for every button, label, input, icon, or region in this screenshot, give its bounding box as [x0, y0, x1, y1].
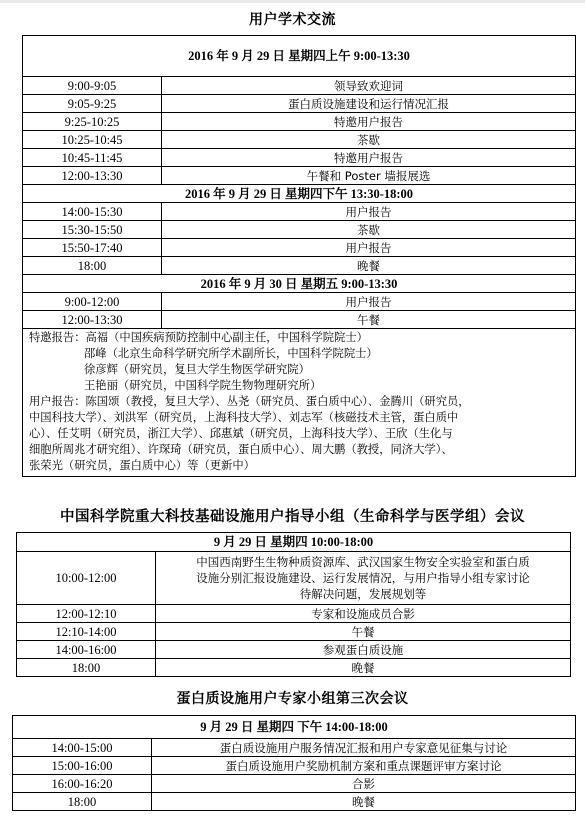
table-row: 9:25-10:25特邀用户报告 — [23, 113, 576, 131]
activity-cell: 午餐 — [156, 623, 571, 641]
user-speakers-text: 心）、任艾明（研究员，浙江大学）、邱惠斌（研究员，上海科技大学）、王欣（生化与 — [29, 426, 569, 442]
user-speakers-text: 中国科技大学）、刘洪军（研究员，上海科技大学）、刘志军（核磁技术主管，蛋白质中 — [29, 410, 569, 426]
user-speakers-text: 陈国颂（教授，复旦大学）、丛尧（研究员、蛋白质中心）、金腾川（研究员， — [86, 395, 470, 408]
activity-cell: 用户报告 — [162, 203, 576, 221]
activity-cell: 茶歇 — [162, 221, 576, 239]
time-cell: 16:00-16:20 — [13, 775, 152, 793]
schedule-table-guidance-meeting: 9 月 29 日 星期四 10:00-18:00 10:00-12:00 中国西… — [16, 532, 571, 677]
section-title-user-academic-exchange: 用户学术交流 — [0, 9, 585, 29]
activity-cell: 用户报告 — [162, 293, 576, 311]
section-title-cas-user-guidance-meeting: 中国科学院重大科技基础设施用户指导小组（生命科学与医学组）会议 — [0, 505, 585, 526]
time-cell: 10:00-12:00 — [17, 552, 156, 605]
time-cell: 12:10-14:00 — [17, 623, 156, 641]
day-header: 2016 年 9 月 29 日 星期四上午 9:00-13:30 — [23, 36, 576, 77]
invited-speaker: 高福（中国疾病预防控制中心副主任，中国科学院院士） — [86, 331, 368, 344]
user-report-label: 用户报告： — [29, 395, 86, 408]
speakers-notes: 特邀报告：高福（中国疾病预防控制中心副主任，中国科学院院士） 邵峰（北京生命科学… — [23, 329, 576, 477]
top-edge-bar — [0, 0, 585, 3]
day-header: 9 月 29 日 星期四 下午 14:00-18:00 — [13, 716, 576, 739]
day-header-row: 2016 年 9 月 30 日 星期五 9:00-13:30 — [23, 275, 576, 293]
invited-speaker-line: 特邀报告：高福（中国疾病预防控制中心副主任，中国科学院院士） — [29, 330, 569, 346]
time-cell: 18:00 — [17, 659, 156, 677]
time-cell: 9:05-9:25 — [23, 95, 162, 113]
day-header-row: 9 月 29 日 星期四 10:00-18:00 — [17, 533, 571, 552]
invited-speaker: 王艳丽（研究员，中国科学院生物物理研究所） — [29, 378, 569, 394]
time-cell: 9:00-12:00 — [23, 293, 162, 311]
table-row: 10:45-11:45特邀用户报告 — [23, 149, 576, 167]
activity-cell: 用户报告 — [162, 239, 576, 257]
table-row: 14:00-15:00蛋白质设施用户服务情况汇报和用户专家意见征集与讨论 — [13, 739, 576, 757]
activity-cell: 午餐和 Poster 墙报展选 — [162, 167, 576, 185]
activity-cell: 合影 — [152, 775, 576, 793]
time-cell: 12:00-13:30 — [23, 167, 162, 185]
table-row: 14:00-16:00参观蛋白质设施 — [17, 641, 571, 659]
table-row: 12:10-14:00午餐 — [17, 623, 571, 641]
activity-cell: 晚餐 — [156, 659, 571, 677]
activity-cell: 茶歇 — [162, 131, 576, 149]
activity-line: 中国西南野生生物种质资源库、武汉国家生物安全实验室和蛋白质 — [162, 554, 564, 570]
table-row: 16:00-16:20合影 — [13, 775, 576, 793]
time-cell: 15:00-16:00 — [13, 757, 152, 775]
activity-cell: 中国西南野生生物种质资源库、武汉国家生物安全实验室和蛋白质 设施分别汇报设施建设… — [156, 552, 571, 605]
day-header-row: 2016 年 9 月 29 日 星期四下午 13:30-18:00 — [23, 185, 576, 203]
day-header-row: 2016 年 9 月 29 日 星期四上午 9:00-13:30 — [23, 36, 576, 77]
table-row: 12:00-13:30午餐和 Poster 墙报展选 — [23, 167, 576, 185]
invited-label: 特邀报告： — [29, 331, 86, 344]
table-row: 9:00-9:05领导致欢迎词 — [23, 77, 576, 95]
time-cell: 9:00-9:05 — [23, 77, 162, 95]
activity-cell: 蛋白质设施用户奖励机制方案和重点课题评审方案讨论 — [152, 757, 576, 775]
activity-cell: 领导致欢迎词 — [162, 77, 576, 95]
user-speakers-text: 张荣光（研究员，蛋白质中心）等（更新中） — [29, 458, 569, 474]
activity-cell: 晚餐 — [152, 793, 576, 811]
day-header: 2016 年 9 月 29 日 星期四下午 13:30-18:00 — [23, 185, 576, 203]
table-row: 12:00-12:10专家和设施成员合影 — [17, 605, 571, 623]
time-cell: 14:00-15:30 — [23, 203, 162, 221]
section-title-expert-group-third-meeting: 蛋白质设施用户专家小组第三次会议 — [0, 688, 585, 708]
time-cell: 9:25-10:25 — [23, 113, 162, 131]
activity-cell: 参观蛋白质设施 — [156, 641, 571, 659]
table-row: 9:05-9:25蛋白质设施建设和运行情况汇报 — [23, 95, 576, 113]
time-cell: 10:25-10:45 — [23, 131, 162, 149]
table-row: 15:00-16:00蛋白质设施用户奖励机制方案和重点课题评审方案讨论 — [13, 757, 576, 775]
table-row: 10:25-10:45茶歇 — [23, 131, 576, 149]
table-row: 18:00晚餐 — [23, 257, 576, 275]
time-cell: 10:45-11:45 — [23, 149, 162, 167]
table-row: 15:30-15:50茶歇 — [23, 221, 576, 239]
user-speakers-text: 细胞所周兆才研究组）、许琛琦（研究员，蛋白质中心）、周大鹏（教授，同济大学）、 — [29, 442, 569, 458]
invited-speaker: 徐彦辉（研究员，复旦大学生物医学研究院） — [29, 362, 569, 378]
day-header: 9 月 29 日 星期四 10:00-18:00 — [17, 533, 571, 552]
invited-speaker: 邵峰（北京生命科学研究所学术副所长，中国科学院院士） — [29, 346, 569, 362]
user-speakers-line: 用户报告：陈国颂（教授，复旦大学）、丛尧（研究员、蛋白质中心）、金腾川（研究员， — [29, 394, 569, 410]
day-header-row: 9 月 29 日 星期四 下午 14:00-18:00 — [13, 716, 576, 739]
table-row: 14:00-15:30用户报告 — [23, 203, 576, 221]
schedule-table-academic-exchange: 2016 年 9 月 29 日 星期四上午 9:00-13:30 9:00-9:… — [22, 35, 576, 477]
time-cell: 12:00-12:10 — [17, 605, 156, 623]
activity-cell: 特邀用户报告 — [162, 113, 576, 131]
activity-cell: 晚餐 — [162, 257, 576, 275]
activity-cell: 专家和设施成员合影 — [156, 605, 571, 623]
time-cell: 15:50-17:40 — [23, 239, 162, 257]
activity-cell: 特邀用户报告 — [162, 149, 576, 167]
speakers-notes-row: 特邀报告：高福（中国疾病预防控制中心副主任，中国科学院院士） 邵峰（北京生命科学… — [23, 329, 576, 477]
activity-cell: 蛋白质设施用户服务情况汇报和用户专家意见征集与讨论 — [152, 739, 576, 757]
table-row: 10:00-12:00 中国西南野生生物种质资源库、武汉国家生物安全实验室和蛋白… — [17, 552, 571, 605]
table-row: 12:00-13:30午餐 — [23, 311, 576, 329]
time-cell: 14:00-16:00 — [17, 641, 156, 659]
activity-line: 设施分别汇报设施建设、运行发展情况，与用户指导小组专家讨论 — [162, 570, 564, 586]
table-row: 9:00-12:00用户报告 — [23, 293, 576, 311]
table-row: 18:00晚餐 — [13, 793, 576, 811]
day-header: 2016 年 9 月 30 日 星期五 9:00-13:30 — [23, 275, 576, 293]
table-row: 18:00晚餐 — [17, 659, 571, 677]
time-cell: 12:00-13:30 — [23, 311, 162, 329]
time-cell: 14:00-15:00 — [13, 739, 152, 757]
activity-cell: 蛋白质设施建设和运行情况汇报 — [162, 95, 576, 113]
table-row: 15:50-17:40用户报告 — [23, 239, 576, 257]
schedule-table-expert-group-meeting: 9 月 29 日 星期四 下午 14:00-18:00 14:00-15:00蛋… — [12, 715, 576, 811]
time-cell: 18:00 — [13, 793, 152, 811]
time-cell: 18:00 — [23, 257, 162, 275]
time-cell: 15:30-15:50 — [23, 221, 162, 239]
activity-cell: 午餐 — [162, 311, 576, 329]
activity-line: 待解决问题，发展规划等 — [162, 586, 564, 602]
